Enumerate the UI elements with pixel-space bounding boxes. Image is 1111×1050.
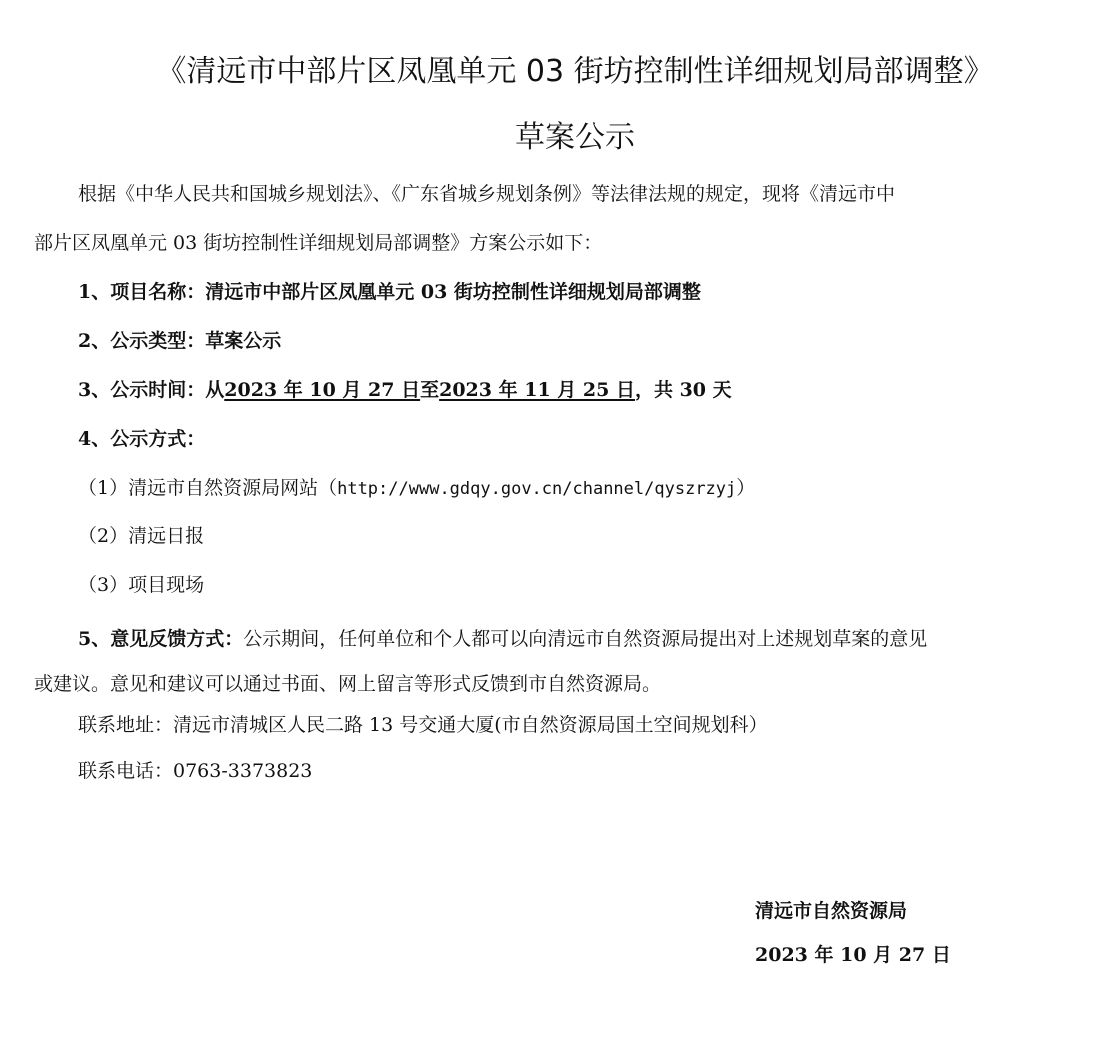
intro-line-1: 根据《中华人民共和国城乡规划法》、《广东省城乡规划条例》等法律法规的规定，现将《… — [78, 181, 895, 207]
start-date: 2023 年 10 月 27 日 — [224, 379, 420, 401]
item-value: 草案公示 — [205, 330, 281, 352]
end-date: 2023 年 11 月 25 日 — [439, 379, 635, 401]
item-label: 3、公示时间： — [78, 379, 205, 401]
item-label: 5、意见反馈方式： — [78, 628, 243, 650]
item-method: 4、公示方式： — [78, 426, 205, 452]
from-text: 从 — [205, 379, 224, 401]
item-value: 公示期间，任何单位和个人都可以向清远市自然资源局提出对上述规划草案的意见 — [243, 628, 927, 650]
signature-org: 清远市自然资源局 — [755, 898, 907, 924]
contact-address: 联系地址：清远市清城区人民二路 13 号交通大厦(市自然资源局国土空间规划科） — [78, 712, 768, 738]
document-title: 《清远市中部片区凤凰单元 03 街坊控制性详细规划局部调整》 — [0, 52, 1111, 92]
item-period: 3、公示时间：从2023 年 10 月 27 日至2023 年 11 月 25 … — [78, 377, 732, 403]
item-feedback: 5、意见反馈方式：公示期间，任何单位和个人都可以向清远市自然资源局提出对上述规划… — [78, 626, 927, 652]
document-subtitle: 草案公示 — [0, 118, 1111, 158]
item-label: 2、公示类型： — [78, 330, 205, 352]
signature-date: 2023 年 10 月 27 日 — [755, 942, 951, 968]
total-days: ，共 30 天 — [635, 379, 732, 401]
option-text: （1）清远市自然资源局网站（ — [78, 477, 337, 499]
website-link[interactable]: http://www.gdqy.gov.cn/channel/qyszrzyj — [337, 479, 736, 499]
method-option-newspaper: （2）清远日报 — [78, 523, 204, 549]
method-option-website: （1）清远市自然资源局网站（http://www.gdqy.gov.cn/cha… — [78, 475, 755, 502]
item-label: 1、项目名称： — [78, 281, 205, 303]
contact-phone: 联系电话：0763-3373823 — [78, 758, 312, 784]
item-value: 清远市中部片区凤凰单元 03 街坊控制性详细规划局部调整 — [205, 281, 701, 303]
option-suffix: ） — [736, 477, 755, 499]
intro-line-2: 部片区凤凰单元 03 街坊控制性详细规划局部调整》方案公示如下： — [34, 230, 602, 256]
item-type: 2、公示类型：草案公示 — [78, 328, 281, 354]
feedback-line-2: 或建议。意见和建议可以通过书面、网上留言等形式反馈到市自然资源局。 — [34, 671, 661, 697]
item-project-name: 1、项目名称：清远市中部片区凤凰单元 03 街坊控制性详细规划局部调整 — [78, 279, 701, 305]
method-option-site: （3）项目现场 — [78, 572, 204, 598]
to-text: 至 — [420, 379, 439, 401]
